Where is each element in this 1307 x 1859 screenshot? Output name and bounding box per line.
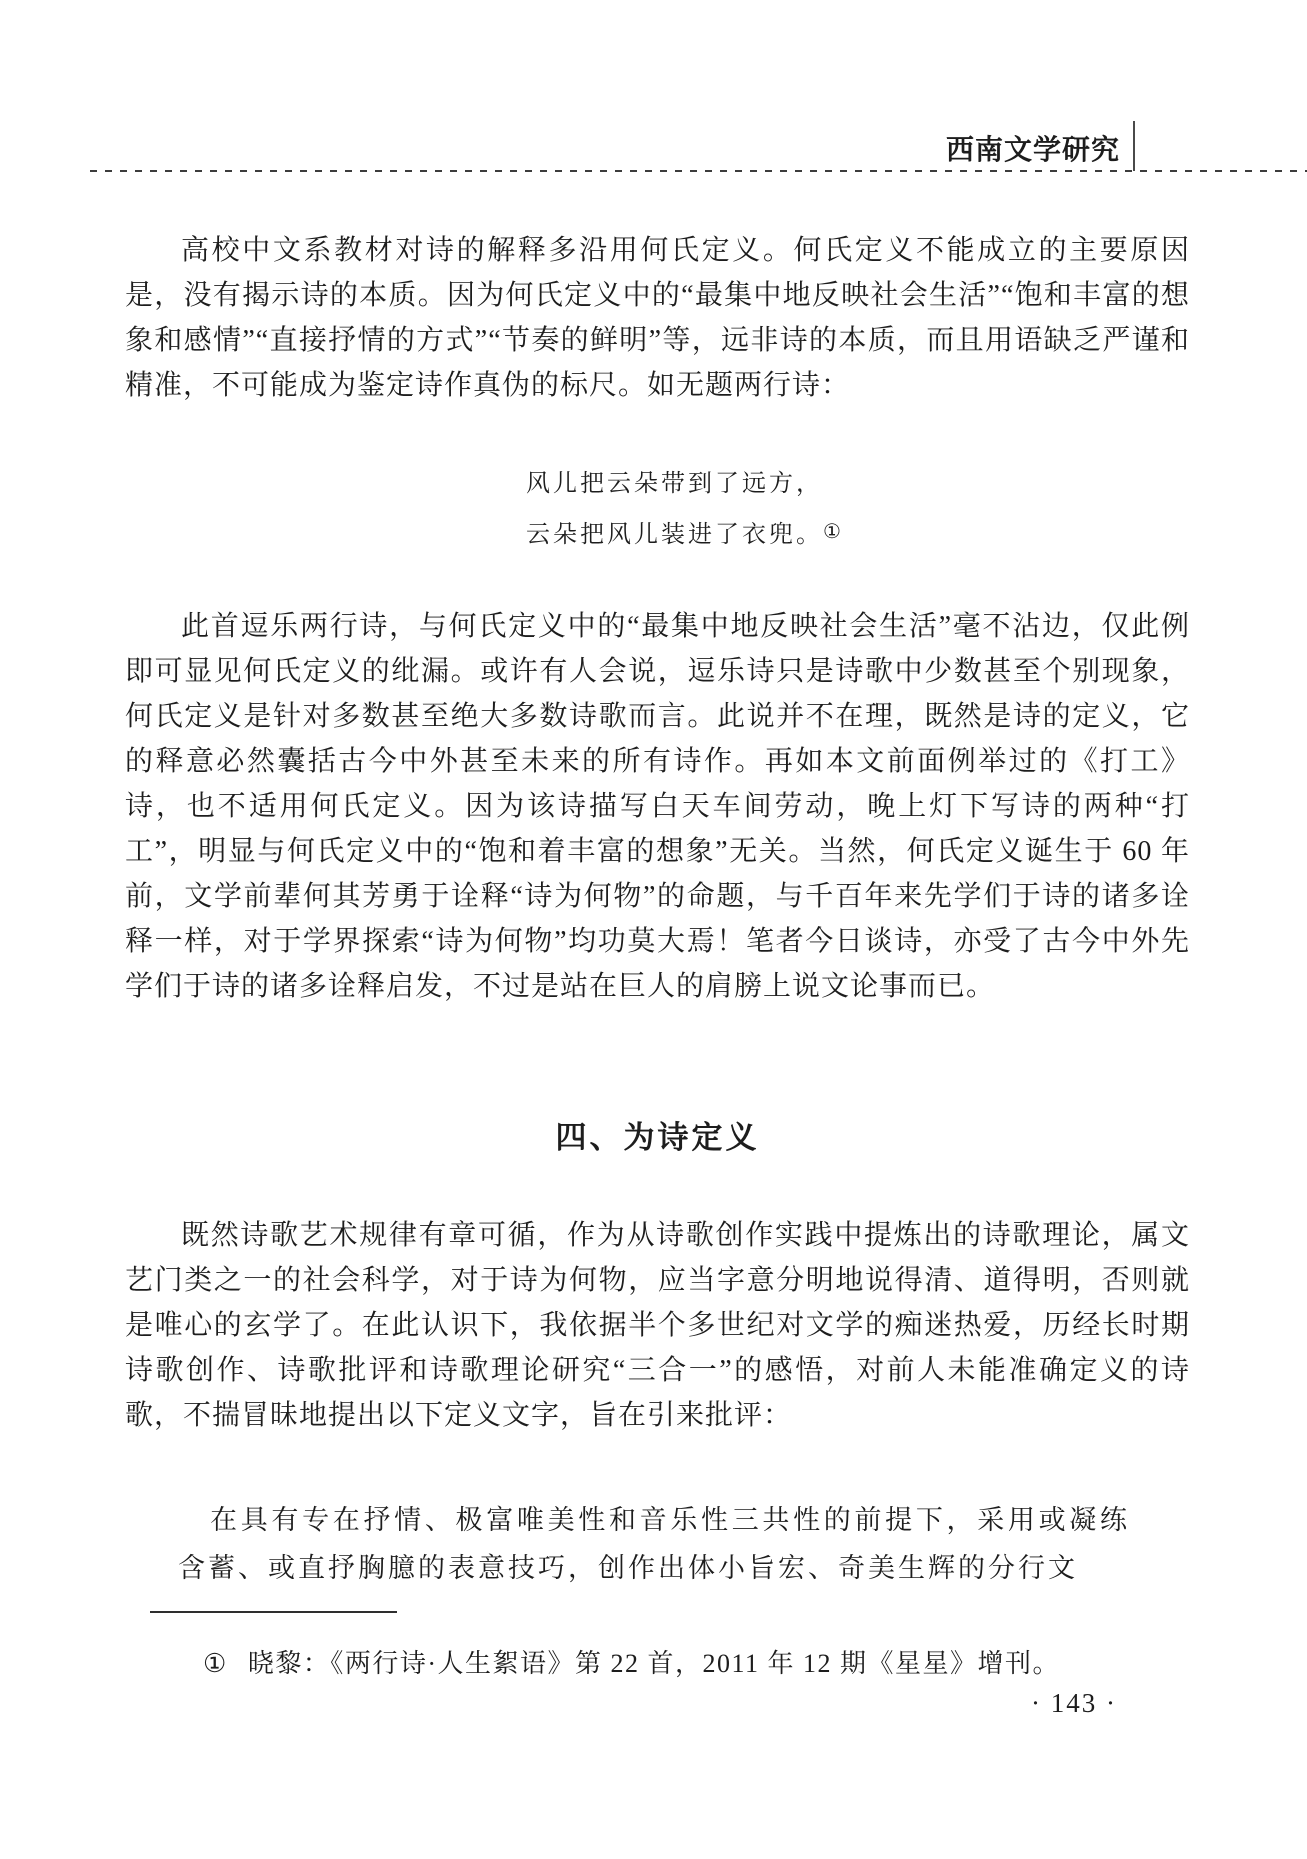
- header-vertical-bar: [1133, 121, 1135, 171]
- footnote-reference-mark: ①: [823, 521, 841, 543]
- paragraph-1: 高校中文系教材对诗的解释多沿用何氏定义。何氏定义不能成立的主要原因是，没有揭示诗…: [125, 228, 1190, 408]
- definition-quote: 在具有专在抒情、极富唯美性和音乐性三共性的前提下，采用或凝练含蓄、或直抒胸臆的表…: [178, 1496, 1130, 1592]
- footnote-text: 晓黎：《两行诗·人生絮语》第 22 首，2011 年 12 期《星星》增刊。: [248, 1649, 1060, 1678]
- section-heading: 四、为诗定义: [125, 1112, 1190, 1157]
- paragraph-3: 既然诗歌艺术规律有章可循，作为从诗歌创作实践中提炼出的诗歌理论，属文艺门类之一的…: [125, 1213, 1190, 1438]
- footnote-separator-rule: [150, 1611, 397, 1613]
- paragraph-2: 此首逗乐两行诗，与何氏定义中的“最集中地反映社会生活”毫不沾边，仅此例即可显见何…: [125, 604, 1190, 1009]
- footnote: ①晓黎：《两行诗·人生絮语》第 22 首，2011 年 12 期《星星》增刊。: [203, 1644, 1193, 1684]
- poem-block: 风儿把云朵带到了远方， 云朵把风儿装进了衣兜。①: [0, 460, 1307, 559]
- poem-line-2: 云朵把风儿装进了衣兜。①: [526, 508, 841, 559]
- footnote-marker: ①: [203, 1649, 228, 1678]
- journal-header-title: 西南文学研究: [946, 128, 1120, 168]
- poem-lines: 风儿把云朵带到了远方， 云朵把风儿装进了衣兜。①: [526, 460, 841, 559]
- poem-line-1: 风儿把云朵带到了远方，: [526, 460, 841, 508]
- header-dashed-rule: [90, 170, 1307, 172]
- page-number: · 143 ·: [0, 1688, 1307, 1719]
- journal-page: 西南文学研究 高校中文系教材对诗的解释多沿用何氏定义。何氏定义不能成立的主要原因…: [0, 0, 1307, 1859]
- poem-line-2-text: 云朵把风儿装进了衣兜。: [526, 522, 823, 548]
